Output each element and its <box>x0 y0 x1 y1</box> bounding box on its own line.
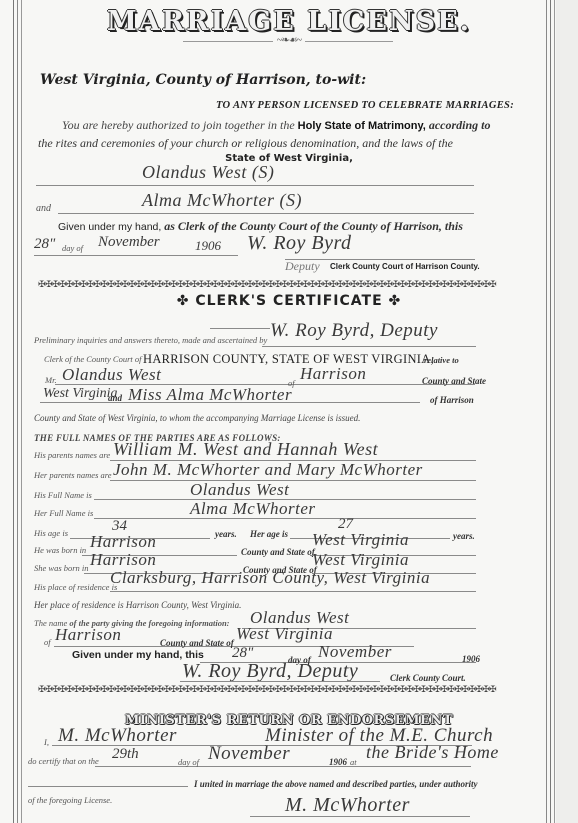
i-label: I, <box>44 737 49 747</box>
he-state-value: West Virginia <box>312 530 409 550</box>
clerk-title: Clerk County Court of Harrison County. <box>330 262 480 271</box>
clerk-of-value: HARRISON COUNTY, STATE OF WEST VIRGINIA, <box>143 352 434 367</box>
clerk-certificate-heading: ✤ CLERK'S CERTIFICATE ✤ <box>0 293 578 309</box>
given-year-value: 1906 <box>462 654 480 664</box>
she-born-value: Harrison <box>90 550 156 570</box>
minister-signature: M. McWhorter <box>285 794 410 817</box>
groom-name-value: Olandus West (S) <box>142 162 274 183</box>
decorative-rule <box>210 328 270 329</box>
her-age-label: Her age is <box>250 529 288 539</box>
certificate-signature-title: Clerk County Court. <box>390 673 466 683</box>
certificate-signature-rule <box>180 681 380 682</box>
preliminary-value: W. Roy Byrd, Deputy <box>270 320 438 342</box>
informant-county-value: Harrison <box>55 625 121 645</box>
authorization-line-1: You are hereby authorized to join togeth… <box>62 118 490 133</box>
she-state-value: West Virginia <box>312 550 409 570</box>
he-born-value: Harrison <box>90 532 156 552</box>
holy-state-text: Holy State of Matrimony, <box>298 120 426 132</box>
title-ornament-icon: ~❧☙~ <box>0 35 578 46</box>
blank-rule <box>28 786 188 787</box>
preliminary-rule <box>262 346 476 347</box>
his-residence-label: His place of residence is <box>34 582 117 592</box>
county-and-state-label: County and State <box>422 376 486 386</box>
ornamental-divider: ✠✠✠✠✠✠✠✠✠✠✠✠✠✠✠✠✠✠✠✠✠✠✠✠✠✠✠✠✠✠✠✠✠✠✠✠✠✠✠✠… <box>38 280 520 290</box>
county-state-of-label: County and State of <box>241 547 315 557</box>
state-line: State of West Virginia, <box>0 153 578 164</box>
day-of-label: day of <box>62 243 83 253</box>
issued-line: County and State of West Virginia, to wh… <box>34 413 360 423</box>
license-day-value: 28" <box>34 236 55 253</box>
clerk-signature: W. Roy Byrd <box>247 232 352 255</box>
his-residence-rule <box>110 591 476 592</box>
and-label: and <box>36 203 51 214</box>
years-label: years. <box>215 529 237 539</box>
deputy-text: Deputy <box>285 259 320 274</box>
his-parents-label: His parents names are <box>34 450 110 460</box>
miss-value: Miss Alma McWhorter <box>128 385 292 405</box>
foregoing-line: of the foregoing License. <box>28 795 112 805</box>
her-parents-value: John M. McWhorter and Mary McWhorter <box>113 460 423 480</box>
and-label: and <box>108 393 122 403</box>
his-residence-value: Clarksburg, Harrison County, West Virgin… <box>110 568 430 588</box>
her-full-name-value: Alma McWhorter <box>190 499 316 519</box>
address-line: TO ANY PERSON LICENSED TO CELEBRATE MARR… <box>216 100 514 111</box>
her-full-name-label: Her Full Name is <box>34 508 93 518</box>
clerk-of-label: Clerk of the County Court of <box>44 354 142 364</box>
he-born-label: He was born in <box>34 545 86 555</box>
groom-line-rule <box>36 185 474 186</box>
his-age-label: His age is <box>34 528 68 538</box>
bride-name-value: Alma McWhorter (S) <box>142 190 302 211</box>
mr-value: Olandus West <box>62 365 161 385</box>
authorization-text: You are hereby authorized to join togeth… <box>62 118 295 132</box>
page-margin <box>556 0 578 823</box>
border-line <box>13 0 14 823</box>
border-line <box>17 0 18 823</box>
place-value: the Bride's Home <box>366 742 499 763</box>
his-full-name-label: His Full Name is <box>34 490 92 500</box>
border-line <box>554 0 555 823</box>
of-harrison-label: of Harrison <box>430 395 474 405</box>
border-line <box>546 0 547 823</box>
certify-label: do certify that on the <box>28 756 99 766</box>
border-line <box>550 0 551 823</box>
marriage-license-page: MARRIAGE LICENSE. ~❧☙~ West Virginia, Co… <box>0 0 578 823</box>
authorization-line-2: the rites and ceremonies of your church … <box>38 136 453 151</box>
united-line: I united in marriage the above named and… <box>194 779 478 789</box>
state-value: West Virginia <box>43 386 118 402</box>
border-line <box>21 0 22 823</box>
of-value: Harrison <box>300 364 366 384</box>
bride-line-rule <box>58 213 474 214</box>
her-parents-rule <box>110 480 476 481</box>
informant-state-value: West Virginia <box>236 624 333 644</box>
given-month-value: November <box>318 642 392 662</box>
clerk-of-county-text: as Clerk of the County Court of the Coun… <box>164 219 463 233</box>
minister-day-value: 29th <box>112 746 139 763</box>
minister-name-value: M. McWhorter <box>58 725 177 747</box>
minister-signature-rule <box>250 816 470 817</box>
at-label: at <box>350 757 357 767</box>
minister-year-value: 1906 <box>329 757 347 767</box>
jurisdiction-line: West Virginia, County of Harrison, to-wi… <box>40 72 366 88</box>
minister-month-value: November <box>208 743 290 765</box>
authorization-text: according to <box>429 118 491 132</box>
her-residence-line: Her place of residence is Harrison Count… <box>34 600 241 610</box>
she-born-label: She was born in <box>34 563 89 573</box>
relative-to-label: relative to <box>424 355 459 365</box>
preliminary-label: Preliminary inquiries and answers theret… <box>34 335 267 345</box>
date-rule <box>34 255 238 256</box>
license-year-value: 1906 <box>195 238 221 254</box>
his-full-name-value: Olandus West <box>190 480 289 500</box>
certify-rule <box>95 766 471 767</box>
license-month-value: November <box>98 234 160 251</box>
given-label: Given under my hand, <box>58 221 161 233</box>
ornamental-divider: ✠✠✠✠✠✠✠✠✠✠✠✠✠✠✠✠✠✠✠✠✠✠✠✠✠✠✠✠✠✠✠✠✠✠✠✠✠✠✠✠… <box>38 685 520 695</box>
minister-day-of-label: day of <box>178 757 199 767</box>
her-parents-label: Her parents names are <box>34 470 112 480</box>
informant-of-label: of <box>44 637 51 647</box>
years-label: years. <box>453 531 475 541</box>
document-title: MARRIAGE LICENSE. <box>0 6 578 37</box>
his-parents-value: William M. West and Hannah West <box>113 439 378 460</box>
certificate-signature: W. Roy Byrd, Deputy <box>182 660 358 683</box>
county-state-of-label: County and State of <box>160 638 234 648</box>
